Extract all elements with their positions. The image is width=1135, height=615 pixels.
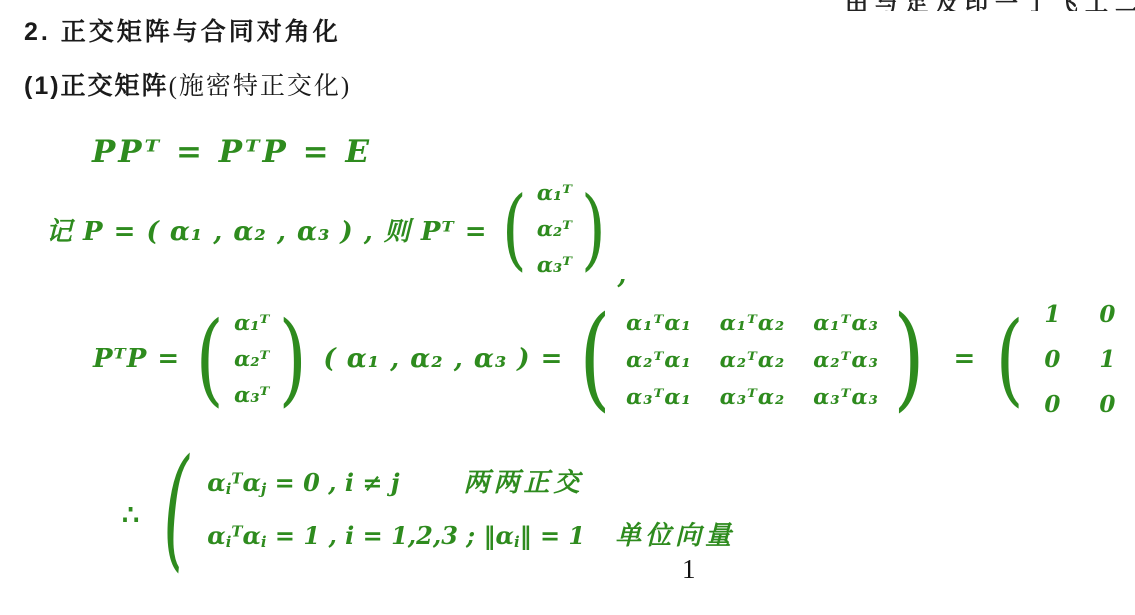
subsection-title-paren: (施密特正交化): [169, 73, 352, 100]
gram-matrix: ( α₁ᵀα₁ α₁ᵀα₂ α₁ᵀα₃ α₂ᵀα₁ α₂ᵀα₂ α₂ᵀα₃ α₃…: [573, 307, 931, 410]
conclusion-block: ∴ ( αiTαj = 0 , i ≠ j 两两正交 αiTαi = 1 , i…: [122, 448, 735, 566]
matrix-cell: 1: [1099, 346, 1116, 373]
subsection-title: (1)正交矩阵(施密特正交化): [24, 66, 351, 102]
matrix-cell: α₁ᵀα₂: [720, 310, 786, 335]
right-paren: ): [581, 189, 606, 270]
notes-page: 田与足及印一丁飞工二 2. 正交矩阵与合同对角化 (1)正交矩阵(施密特正交化)…: [0, 0, 1135, 615]
matrix-cell: α₁ᵀα₃: [813, 310, 879, 335]
left-paren: (: [996, 313, 1025, 405]
identity-matrix: ( 1 0 0 0 1 0 0 0 1 ): [990, 301, 1135, 418]
page-number: 1: [682, 554, 696, 585]
row-vector-text: ( α₁ , α₂ , α₃ ) =: [323, 344, 563, 374]
matrix-cell: α₂ᵀα₃: [813, 347, 879, 372]
matrix-cell: α₁ᵀα₁: [626, 310, 692, 335]
clipped-top-text-fragments: 田与足及印一丁飞工二: [845, 0, 1135, 11]
matrix-cell: α₂ᵀα₁: [626, 347, 692, 372]
formula-ptp-expansion: PᵀP = ( α₁ᵀ α₂ᵀ α₃ᵀ ) ( α₁ , α₂ , α₃ ) =…: [93, 286, 1135, 432]
vector-entry: α₂ᵀ: [234, 341, 269, 377]
vector-entry: α₂ᵀ: [537, 211, 572, 247]
matrix-cell: α₃ᵀα₃: [813, 384, 879, 409]
matrix-cell: 0: [1044, 346, 1061, 373]
left-paren: (: [580, 307, 612, 410]
vector-entry: α₃ᵀ: [234, 377, 269, 413]
matrix-cell: α₃ᵀα₁: [626, 384, 692, 409]
subsection-title-main: (1)正交矩阵: [24, 72, 169, 100]
left-paren: (: [502, 189, 527, 270]
ptp-equals-text: PᵀP =: [93, 344, 180, 374]
matrix-cell: α₃ᵀα₂: [720, 384, 786, 409]
column-vector-pt: ( α₁ᵀ α₂ᵀ α₃ᵀ ): [190, 305, 313, 413]
formula-orthogonal-definition: PPᵀ = PᵀP = E: [92, 134, 372, 170]
left-paren: (: [196, 313, 225, 405]
conclusion-unit-norm: αiTαi = 1 , i = 1,2,3 ; ‖αi‖ = 1 单位向量: [207, 515, 735, 552]
left-brace: (: [164, 441, 189, 573]
vector-entry: α₁ᵀ: [537, 175, 572, 211]
right-paren: ): [893, 307, 925, 410]
column-vector-pt: ( α₁ᵀ α₂ᵀ α₃ᵀ ): [497, 175, 611, 283]
conclusion-orthogonality: αiTαj = 0 , i ≠ j 两两正交: [207, 462, 735, 499]
note-pairwise-orthogonal: 两两正交: [464, 462, 584, 499]
matrix-cell: 0: [1044, 391, 1061, 418]
vector-entry: α₃ᵀ: [537, 247, 572, 283]
therefore-symbol: ∴: [122, 500, 139, 531]
right-paren: ): [279, 313, 308, 405]
section-title: 2. 正交矩阵与合同对角化: [24, 12, 341, 48]
note-unit-vector: 单位向量: [615, 515, 735, 552]
define-p-text: 记 P = ( α₁ , α₂ , α₃ ) , 则 Pᵀ =: [46, 211, 487, 248]
equals-sign: =: [954, 344, 977, 374]
vector-entry: α₁ᵀ: [234, 305, 269, 341]
formula-define-p: 记 P = ( α₁ , α₂ , α₃ ) , 则 Pᵀ = ( α₁ᵀ α₂…: [46, 168, 627, 290]
matrix-cell: 0: [1099, 391, 1116, 418]
clipped-top-text: 田与足及印一丁飞工二: [845, 0, 1135, 11]
matrix-cell: 0: [1099, 301, 1116, 328]
matrix-cell: α₂ᵀα₂: [720, 347, 786, 372]
matrix-cell: 1: [1044, 301, 1061, 328]
